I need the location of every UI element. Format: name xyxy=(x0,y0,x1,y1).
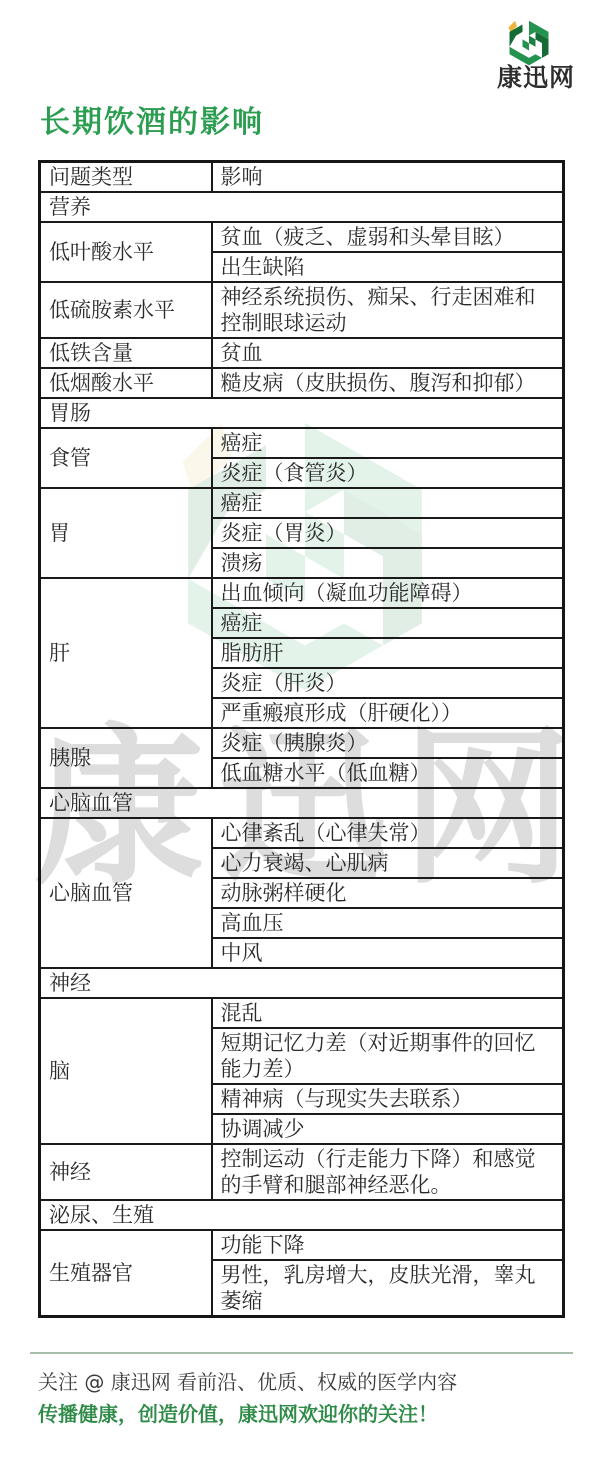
problem-type-cell: 神经 xyxy=(40,1144,212,1200)
effect-cell: 心力衰竭、心肌病 xyxy=(212,848,564,878)
effect-cell: 短期记忆力差（对近期事件的回忆能力差） xyxy=(212,1028,564,1084)
problem-type-cell: 低硫胺素水平 xyxy=(40,282,212,338)
effect-cell: 脂肪肝 xyxy=(212,638,564,668)
problem-type-cell: 肝 xyxy=(40,578,212,728)
effect-cell: 炎症（肝炎） xyxy=(212,668,564,698)
effect-cell: 贫血（疲乏、虚弱和头晕目眩） xyxy=(212,222,564,252)
section-label: 胃肠 xyxy=(40,398,564,428)
table-row: 低铁含量贫血 xyxy=(40,338,564,368)
problem-type-cell: 生殖器官 xyxy=(40,1230,212,1317)
problem-type-cell: 脑 xyxy=(40,998,212,1144)
table-row: 低叶酸水平贫血（疲乏、虚弱和头晕目眩） xyxy=(40,222,564,252)
effect-cell: 出血倾向（凝血功能障碍） xyxy=(212,578,564,608)
section-label: 营养 xyxy=(40,192,564,222)
effect-cell: 神经系统损伤、痴呆、行走困难和控制眼球运动 xyxy=(212,282,564,338)
problem-type-cell: 低烟酸水平 xyxy=(40,368,212,398)
problem-type-cell: 胃 xyxy=(40,488,212,578)
effect-cell: 中风 xyxy=(212,938,564,968)
effect-cell: 癌症 xyxy=(212,488,564,518)
section-row: 心脑血管 xyxy=(40,788,564,818)
effect-cell: 精神病（与现实失去联系） xyxy=(212,1084,564,1114)
footer-divider xyxy=(30,1352,573,1354)
section-label: 心脑血管 xyxy=(40,788,564,818)
table-row: 生殖器官功能下降 xyxy=(40,1230,564,1260)
table-row: 胃癌症 xyxy=(40,488,564,518)
effect-cell: 协调减少 xyxy=(212,1114,564,1144)
table-row: 脑混乱 xyxy=(40,998,564,1028)
problem-type-cell: 心脑血管 xyxy=(40,818,212,968)
effect-cell: 出生缺陷 xyxy=(212,252,564,282)
problem-type-cell: 胰腺 xyxy=(40,728,212,788)
footer-follow-text: 关注 @ 康迅网 看前沿、优质、权威的医学内容 xyxy=(38,1369,457,1395)
effect-cell: 动脉粥样硬化 xyxy=(212,878,564,908)
section-row: 神经 xyxy=(40,968,564,998)
effect-cell: 癌症 xyxy=(212,608,564,638)
section-row: 营养 xyxy=(40,192,564,222)
effect-cell: 严重瘢痕形成（肝硬化）） xyxy=(212,698,564,728)
effect-cell: 炎症（食管炎） xyxy=(212,458,564,488)
problem-type-cell: 低铁含量 xyxy=(40,338,212,368)
table-row: 低硫胺素水平神经系统损伤、痴呆、行走困难和控制眼球运动 xyxy=(40,282,564,338)
table-row: 胰腺炎症（胰腺炎） xyxy=(40,728,564,758)
table-row: 神经控制运动（行走能力下降）和感觉的手臂和腿部神经恶化。 xyxy=(40,1144,564,1200)
table-header-row: 问题类型 影响 xyxy=(40,162,564,193)
footer-slogan-text: 传播健康，创造价值，康迅网欢迎你的关注！ xyxy=(38,1401,438,1427)
table-row: 肝出血倾向（凝血功能障碍） xyxy=(40,578,564,608)
problem-type-cell: 食管 xyxy=(40,428,212,488)
section-label: 泌尿、生殖 xyxy=(40,1200,564,1230)
table-row: 心脑血管心律紊乱（心律失常） xyxy=(40,818,564,848)
effect-cell: 癌症 xyxy=(212,428,564,458)
effect-cell: 高血压 xyxy=(212,908,564,938)
effect-cell: 混乱 xyxy=(212,998,564,1028)
page-title: 长期饮酒的影响 xyxy=(40,105,264,141)
effect-cell: 功能下降 xyxy=(212,1230,564,1260)
section-label: 神经 xyxy=(40,968,564,998)
effect-cell: 男性，乳房增大，皮肤光滑，睾丸萎缩 xyxy=(212,1260,564,1317)
brand-name: 康迅网 xyxy=(486,64,586,93)
effects-table-body: 问题类型 影响 营养低叶酸水平贫血（疲乏、虚弱和头晕目眩）出生缺陷低硫胺素水平神… xyxy=(40,162,564,1317)
problem-type-cell: 低叶酸水平 xyxy=(40,222,212,282)
effect-cell: 贫血 xyxy=(212,338,564,368)
watermark-top-text: 康迅网 xyxy=(70,0,484,6)
effects-table: 问题类型 影响 营养低叶酸水平贫血（疲乏、虚弱和头晕目眩）出生缺陷低硫胺素水平神… xyxy=(38,160,565,1318)
effect-cell: 糙皮病（皮肤损伤、腹泻和抑郁） xyxy=(212,368,564,398)
effect-cell: 炎症（胃炎） xyxy=(212,518,564,548)
effect-cell: 低血糖水平（低血糖） xyxy=(212,758,564,788)
table-row: 食管癌症 xyxy=(40,428,564,458)
column-header-effect: 影响 xyxy=(212,162,564,193)
section-row: 泌尿、生殖 xyxy=(40,1200,564,1230)
section-row: 胃肠 xyxy=(40,398,564,428)
effect-cell: 心律紊乱（心律失常） xyxy=(212,818,564,848)
effect-cell: 溃疡 xyxy=(212,548,564,578)
column-header-problem-type: 问题类型 xyxy=(40,162,212,193)
effect-cell: 炎症（胰腺炎） xyxy=(212,728,564,758)
table-row: 低烟酸水平糙皮病（皮肤损伤、腹泻和抑郁） xyxy=(40,368,564,398)
effect-cell: 控制运动（行走能力下降）和感觉的手臂和腿部神经恶化。 xyxy=(212,1144,564,1200)
page: 康迅网 康迅网 长期饮酒的影响 康迅网 问题类型 影响 营养低叶酸水平贫血（疲乏… xyxy=(0,0,600,1484)
